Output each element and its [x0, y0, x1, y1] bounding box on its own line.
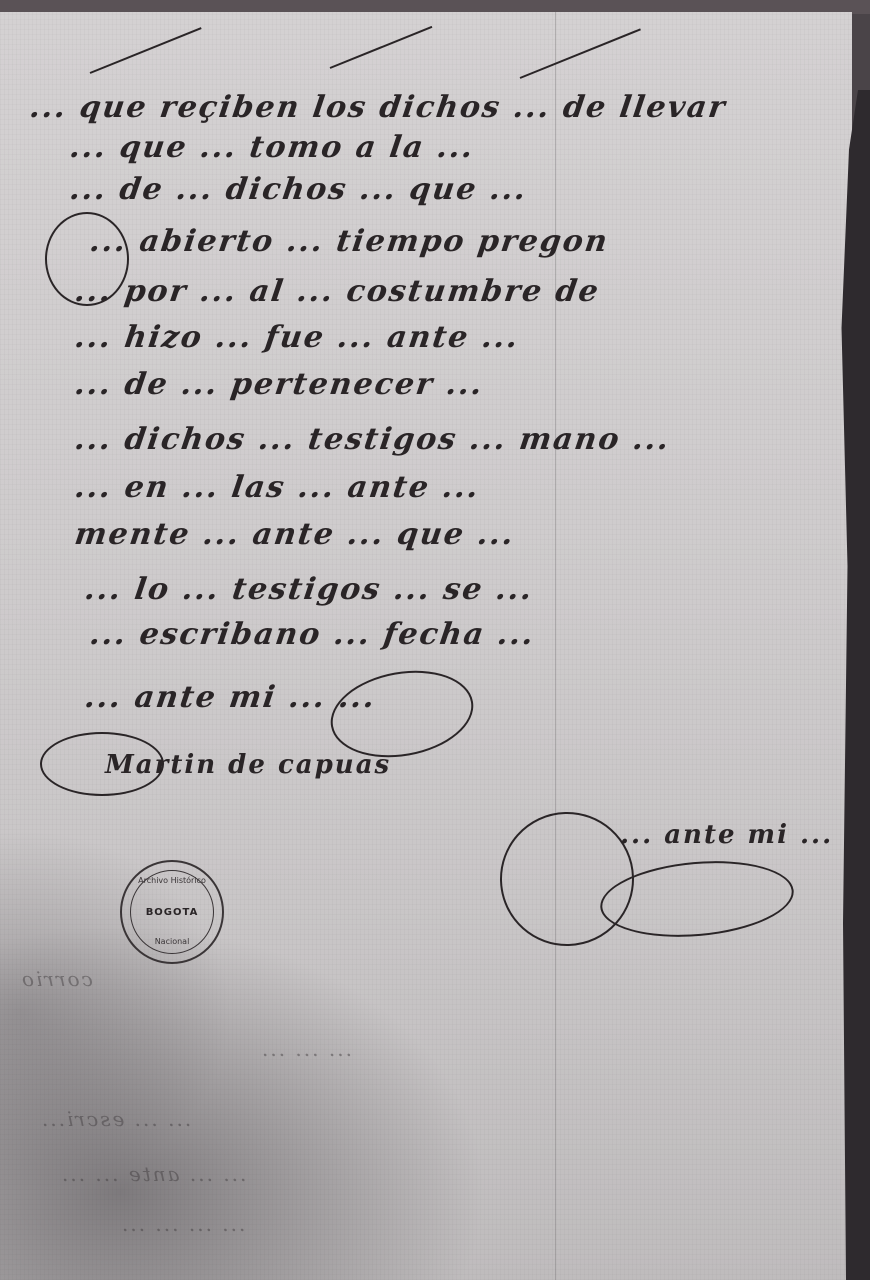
text-line-8: ... dichos ... testigos ... mano ...	[73, 422, 673, 457]
archive-stamp: Archivo Histórico BOGOTA Nacional	[120, 860, 224, 964]
manuscript-page: ... que reçiben los dichos ... de llevar…	[0, 12, 852, 1280]
text-line-12: ... escribano ... fecha ...	[88, 617, 538, 652]
fold-line	[555, 12, 556, 1280]
text-line-6: ... hizo ... fue ... ante ...	[73, 320, 522, 355]
bleed-through-line: ... ... ...	[260, 1037, 352, 1061]
text-line-5: ... por ... al ... costumbre de	[73, 274, 603, 309]
ink-flourish	[597, 854, 797, 945]
text-line-1: ... que reçiben los dichos ... de llevar	[28, 90, 729, 125]
signature-martin-de-capuas: Martin de capuas	[105, 750, 391, 780]
text-line-2: ... que ... tomo a la ...	[68, 130, 477, 165]
bleed-through-line: ... ... ... ...	[120, 1212, 245, 1236]
ink-flourish	[481, 793, 653, 965]
text-line-7: ... de ... pertenecer ...	[73, 367, 487, 402]
text-line-13: ... ante mi ... ...	[83, 680, 379, 715]
signature-escribano: ... ante mi ...	[620, 820, 833, 850]
manuscript-photo: ... que reçiben los dichos ... de llevar…	[0, 0, 870, 1280]
ink-stroke	[520, 28, 641, 79]
bleed-through-line: ... ... escri...	[40, 1107, 191, 1131]
ink-flourish	[45, 212, 129, 306]
stamp-city-text: BOGOTA	[146, 907, 199, 918]
stamp-top-text: Archivo Histórico	[122, 876, 222, 885]
ink-stroke	[90, 27, 202, 74]
stamp-ring	[130, 870, 214, 954]
text-line-3: ... de ... dichos ... que ...	[68, 172, 530, 207]
stamp-side-text: Nacional	[122, 937, 222, 946]
bleed-through-line: corrio	[20, 967, 93, 991]
ink-stroke	[330, 26, 433, 69]
bleed-through-line: ... ... ante ... ...	[60, 1162, 246, 1186]
ink-flourish	[40, 732, 164, 796]
ink-flourish	[324, 660, 480, 768]
text-line-10: mente ... ante ... que ...	[73, 517, 518, 552]
text-line-9: ... en ... las ... ante ...	[73, 470, 483, 505]
text-line-11: ... lo ... testigos ... se ...	[83, 572, 536, 607]
text-line-4: ... abierto ... tiempo pregon	[88, 224, 612, 259]
